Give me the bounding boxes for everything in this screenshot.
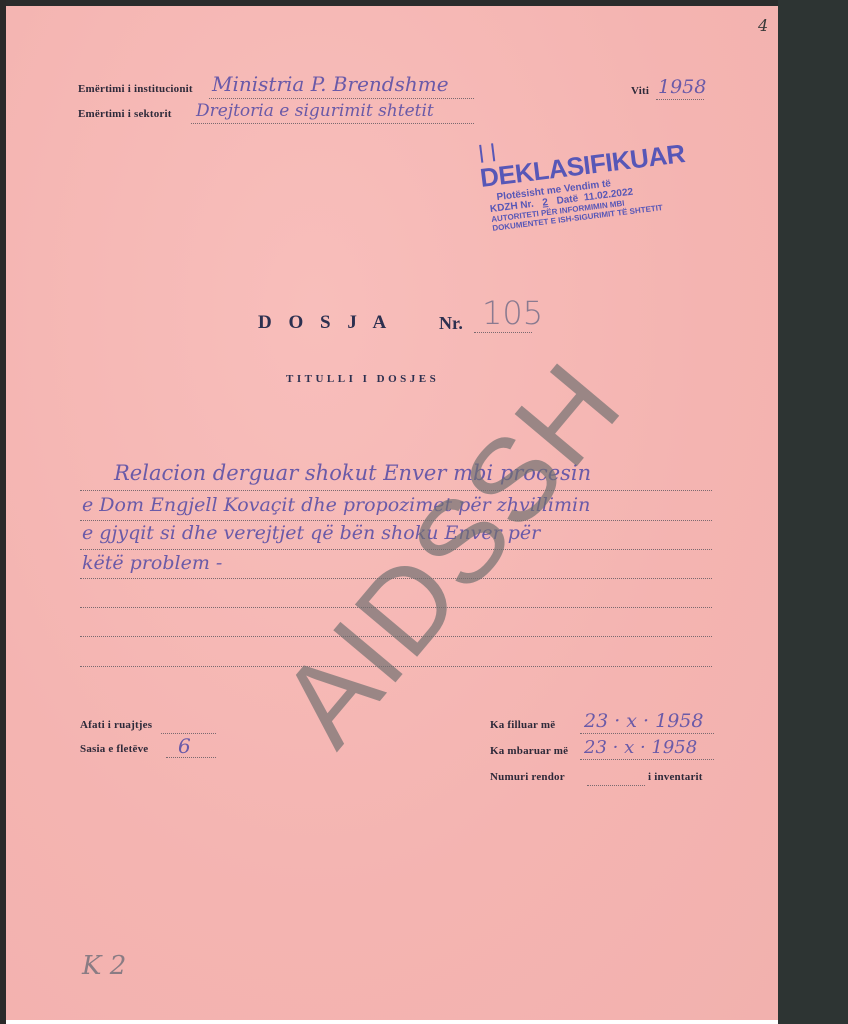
institution-value: Ministria P. Brendshme [212, 72, 449, 96]
serial-dotline [587, 785, 645, 786]
inventory-label: i inventarit [648, 771, 703, 783]
year-value: 1958 [658, 76, 706, 98]
scan-background-strip [778, 0, 848, 1024]
nr-dotline [474, 332, 532, 333]
ended-label: Ka mbaruar më [490, 745, 568, 757]
dossier-cover-page: 4 Emërtimi i institucionit Ministria P. … [6, 6, 778, 1020]
sheets-label: Sasia e fletëve [80, 743, 148, 755]
started-label: Ka filluar më [490, 719, 555, 731]
ended-dotline [580, 759, 714, 760]
sector-label: Emërtimi i sektorit [78, 108, 172, 120]
corner-page-mark: 4 [758, 16, 768, 35]
sector-value: Drejtoria e sigurimit shtetit [196, 101, 434, 121]
stamp-bars-icon [479, 143, 495, 163]
ended-value: 23 · x · 1958 [584, 737, 697, 758]
year-dotline [656, 99, 704, 100]
serial-label: Numuri rendor [490, 771, 565, 783]
started-value: 23 · x · 1958 [584, 710, 703, 732]
file-title-heading: TITULLI I DOSJES [286, 373, 439, 385]
sector-dotline [191, 123, 474, 124]
nr-label: Nr. [439, 313, 463, 334]
institution-dotline [209, 98, 474, 99]
year-label: Viti [631, 85, 649, 97]
started-dotline [580, 733, 714, 734]
sheets-value: 6 [178, 734, 191, 758]
dossier-number: 105 [482, 294, 543, 332]
title-line-4: këtë problem - [82, 552, 222, 574]
title-dotline-1 [80, 490, 712, 491]
declassified-stamp: DEKLASIFIKUAR Plotësisht me Vendim të KD… [476, 123, 666, 234]
retention-label: Afati i ruajtjes [80, 719, 152, 731]
institution-label: Emërtimi i institucionit [78, 83, 193, 95]
aidssh-watermark: AIDSSH [251, 334, 651, 774]
dosja-label: D O S J A [258, 312, 392, 334]
sheets-dotline [166, 757, 216, 758]
bottom-pencil-mark: K 2 [82, 951, 126, 981]
